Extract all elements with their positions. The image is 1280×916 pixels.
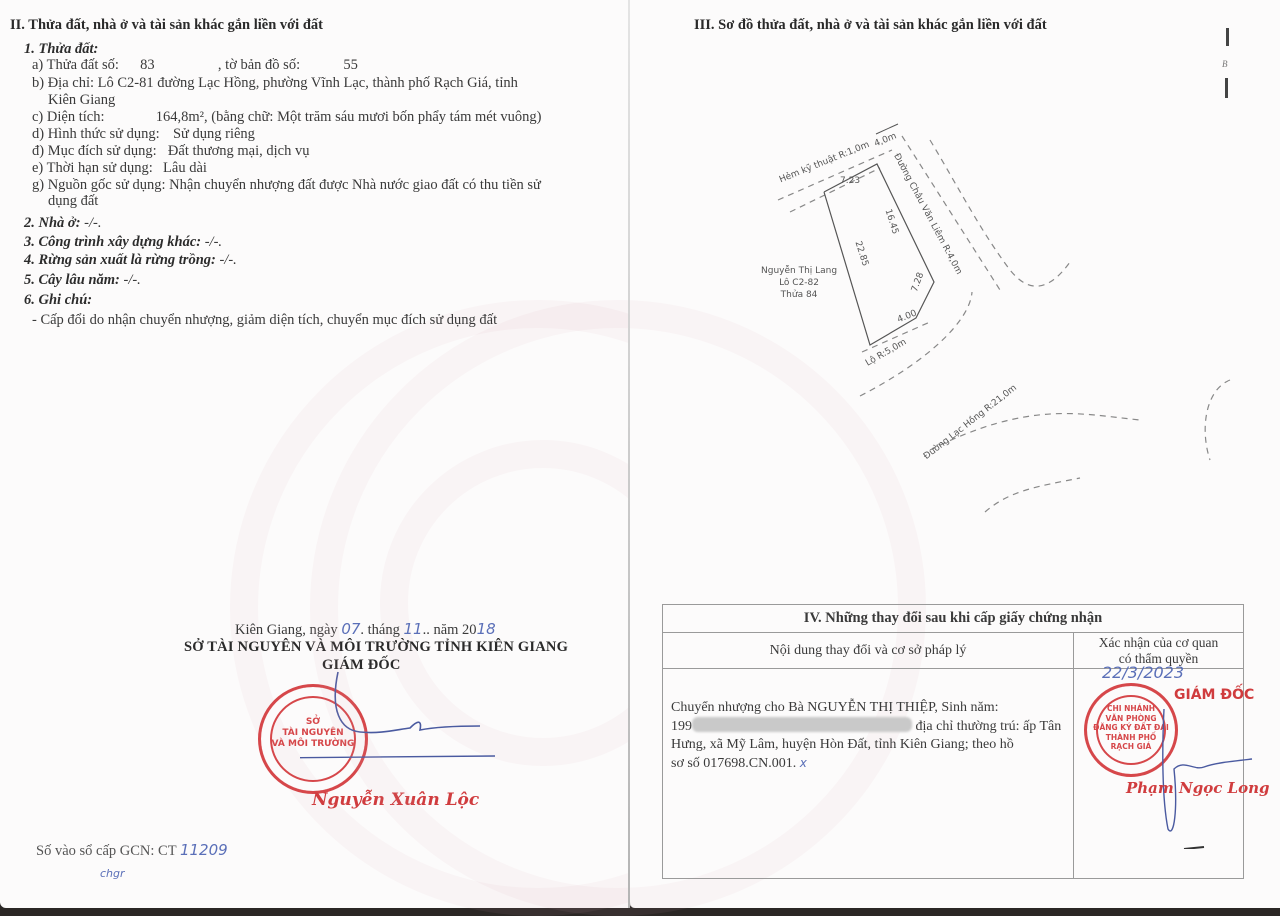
signer-name-left: Nguyễn Xuân Lộc <box>312 792 479 808</box>
item-house: 2. Nhà ở: -/-. <box>24 215 101 231</box>
month-label: tháng <box>368 622 400 638</box>
item-label: 3. Công trình xây dựng khác: <box>24 234 201 250</box>
parcel-row: a) Thửa đất số: 83 , tờ bản đồ số: 55 <box>32 57 358 73</box>
changes-title: IV. Những thay đổi sau khi cấp giấy chứn… <box>663 605 1244 633</box>
notes-text: - Cấp đổi do nhận chuyển nhượng, giảm di… <box>32 312 497 328</box>
item-value: -/-. <box>124 272 141 288</box>
date-prefix: Kiên Giang, ngày <box>235 622 338 638</box>
address-line2: Kiên Giang <box>48 92 115 108</box>
register-value: 11209 <box>180 841 228 859</box>
parcel-diagram <box>630 0 1280 560</box>
item-label: 4. Rừng sản xuất là rừng trồng: <box>24 252 216 268</box>
section-ii-title: II. Thửa đất, nhà ở và tài sản khác gắn … <box>10 17 323 33</box>
col-content-header: Nội dung thay đổi và cơ sở pháp lý <box>663 633 1074 669</box>
purpose-row: đ) Mục đích sử dụng: Đất thương mại, dịc… <box>32 143 309 159</box>
origin-label: g) Nguồn gốc sử dụng: <box>32 177 166 193</box>
term-row: e) Thời hạn sử dụng: Lâu dài <box>32 160 207 176</box>
origin-line2: dụng đất <box>48 193 98 209</box>
check-mark: x <box>800 756 807 770</box>
confirm-date: 22/3/2023 <box>1102 663 1184 682</box>
register-number: Số vào sổ cấp GCN: CT 11209 <box>36 842 228 859</box>
change-entry: Chuyển nhượng cho Bà NGUYỄN THỊ THIỆP, S… <box>663 669 1074 879</box>
parcel-number: 83 <box>140 57 155 73</box>
land-heading: 1. Thửa đất: <box>24 41 98 57</box>
confirm-title: GIÁM ĐỐC <box>1174 687 1254 703</box>
area-value: 164,8m², (bằng chữ: Một trăm sáu mươi bố… <box>156 109 542 125</box>
item-other-construction: 3. Công trình xây dựng khác: -/-. <box>24 234 222 250</box>
entry-line: Hưng, xã Mỹ Lâm, huyện Hòn Đất, tỉnh Kiê… <box>671 736 1065 754</box>
year-label: năm 20 <box>433 622 476 638</box>
entry-line-redacted: 199 địa chỉ thường trú: ấp Tân <box>671 717 1065 736</box>
neighbor-parcel: Thửa 84 <box>761 289 837 301</box>
neighbor-parcel-label: Nguyễn Thị Lang Lô C2-82 Thửa 84 <box>761 265 837 301</box>
term-value: Lâu dài <box>163 160 207 176</box>
birth-year-prefix: 199 <box>671 719 692 734</box>
notes-heading: 6. Ghi chú: <box>24 292 92 308</box>
dimension-label: 7.23 <box>840 176 860 186</box>
date-day: 07 <box>341 620 360 638</box>
area-label: c) Diện tích: <box>32 109 104 125</box>
register-label: Số vào sổ cấp GCN: CT <box>36 843 176 859</box>
item-label: 2. Nhà ở: <box>24 215 81 231</box>
neighbor-lot: Lô C2-82 <box>761 277 837 289</box>
map-sheet-number: 55 <box>343 57 358 73</box>
confirm-signer: Phạm Ngọc Long <box>1126 779 1270 797</box>
item-value: -/-. <box>84 215 101 231</box>
changes-table: IV. Những thay đổi sau khi cấp giấy chứn… <box>662 604 1244 879</box>
col-confirm-header-line1: Xác nhận của cơ quan <box>1074 635 1243 651</box>
dossier-number: sơ số 017698.CN.001. <box>671 756 796 771</box>
item-perennial-trees: 5. Cây lâu năm: -/-. <box>24 272 141 288</box>
area-row: c) Diện tích: 164,8m², (bằng chữ: Một tr… <box>32 109 541 125</box>
parcel-label: a) Thửa đất số: <box>32 57 119 73</box>
agency-name: SỞ TÀI NGUYÊN VÀ MÔI TRƯỜNG TỈNH KIÊN GI… <box>184 639 568 655</box>
origin-row: g) Nguồn gốc sử dụng: Nhận chuyển nhượng… <box>32 177 541 193</box>
signing-date: Kiên Giang, ngày 07. tháng 11.. năm 2018 <box>235 621 496 638</box>
item-label: 5. Cây lâu năm: <box>24 272 120 288</box>
date-month: 11 <box>404 620 423 638</box>
page-fold <box>628 0 630 908</box>
map-sheet-label: , tờ bản đồ số: <box>218 57 300 73</box>
purpose-value: Đất thương mại, dịch vụ <box>168 143 310 159</box>
use-form-row: d) Hình thức sử dụng: Sử dụng riêng <box>32 126 255 142</box>
item-value: -/-. <box>219 252 236 268</box>
entry-line: sơ số 017698.CN.001. x <box>671 754 1065 773</box>
item-planted-forest: 4. Rừng sản xuất là rừng trồng: -/-. <box>24 252 237 268</box>
item-value: -/-. <box>205 234 222 250</box>
entry-line: Chuyển nhượng cho Bà NGUYỄN THỊ THIỆP, S… <box>671 699 1065 717</box>
purpose-label: đ) Mục đích sử dụng: <box>32 143 157 159</box>
redacted-block <box>692 717 912 732</box>
use-form-value: Sử dụng riêng <box>173 126 255 142</box>
certificate-page-left: II. Thửa đất, nhà ở và tài sản khác gắn … <box>0 0 629 908</box>
date-year-suffix: 18 <box>477 620 496 638</box>
register-initials: chgr <box>100 866 125 882</box>
use-form-label: d) Hình thức sử dụng: <box>32 126 160 142</box>
neighbor-name: Nguyễn Thị Lang <box>761 265 837 277</box>
address-label: b) Địa chỉ: <box>32 75 94 91</box>
address-value: Lô C2-81 đường Lạc Hồng, phường Vĩnh Lạc… <box>98 75 518 91</box>
confirmation-cell: 22/3/2023 CHI NHÁNH VĂN PHÒNG ĐĂNG KÝ ĐẤ… <box>1074 669 1244 879</box>
address-row: b) Địa chỉ: Lô C2-81 đường Lạc Hồng, phư… <box>32 75 518 91</box>
term-label: e) Thời hạn sử dụng: <box>32 160 153 176</box>
handwritten-signature-left <box>300 670 500 770</box>
entry-address: địa chỉ thường trú: ấp Tân <box>916 719 1062 734</box>
origin-value: Nhận chuyển nhượng đất được Nhà nước gia… <box>169 177 541 193</box>
